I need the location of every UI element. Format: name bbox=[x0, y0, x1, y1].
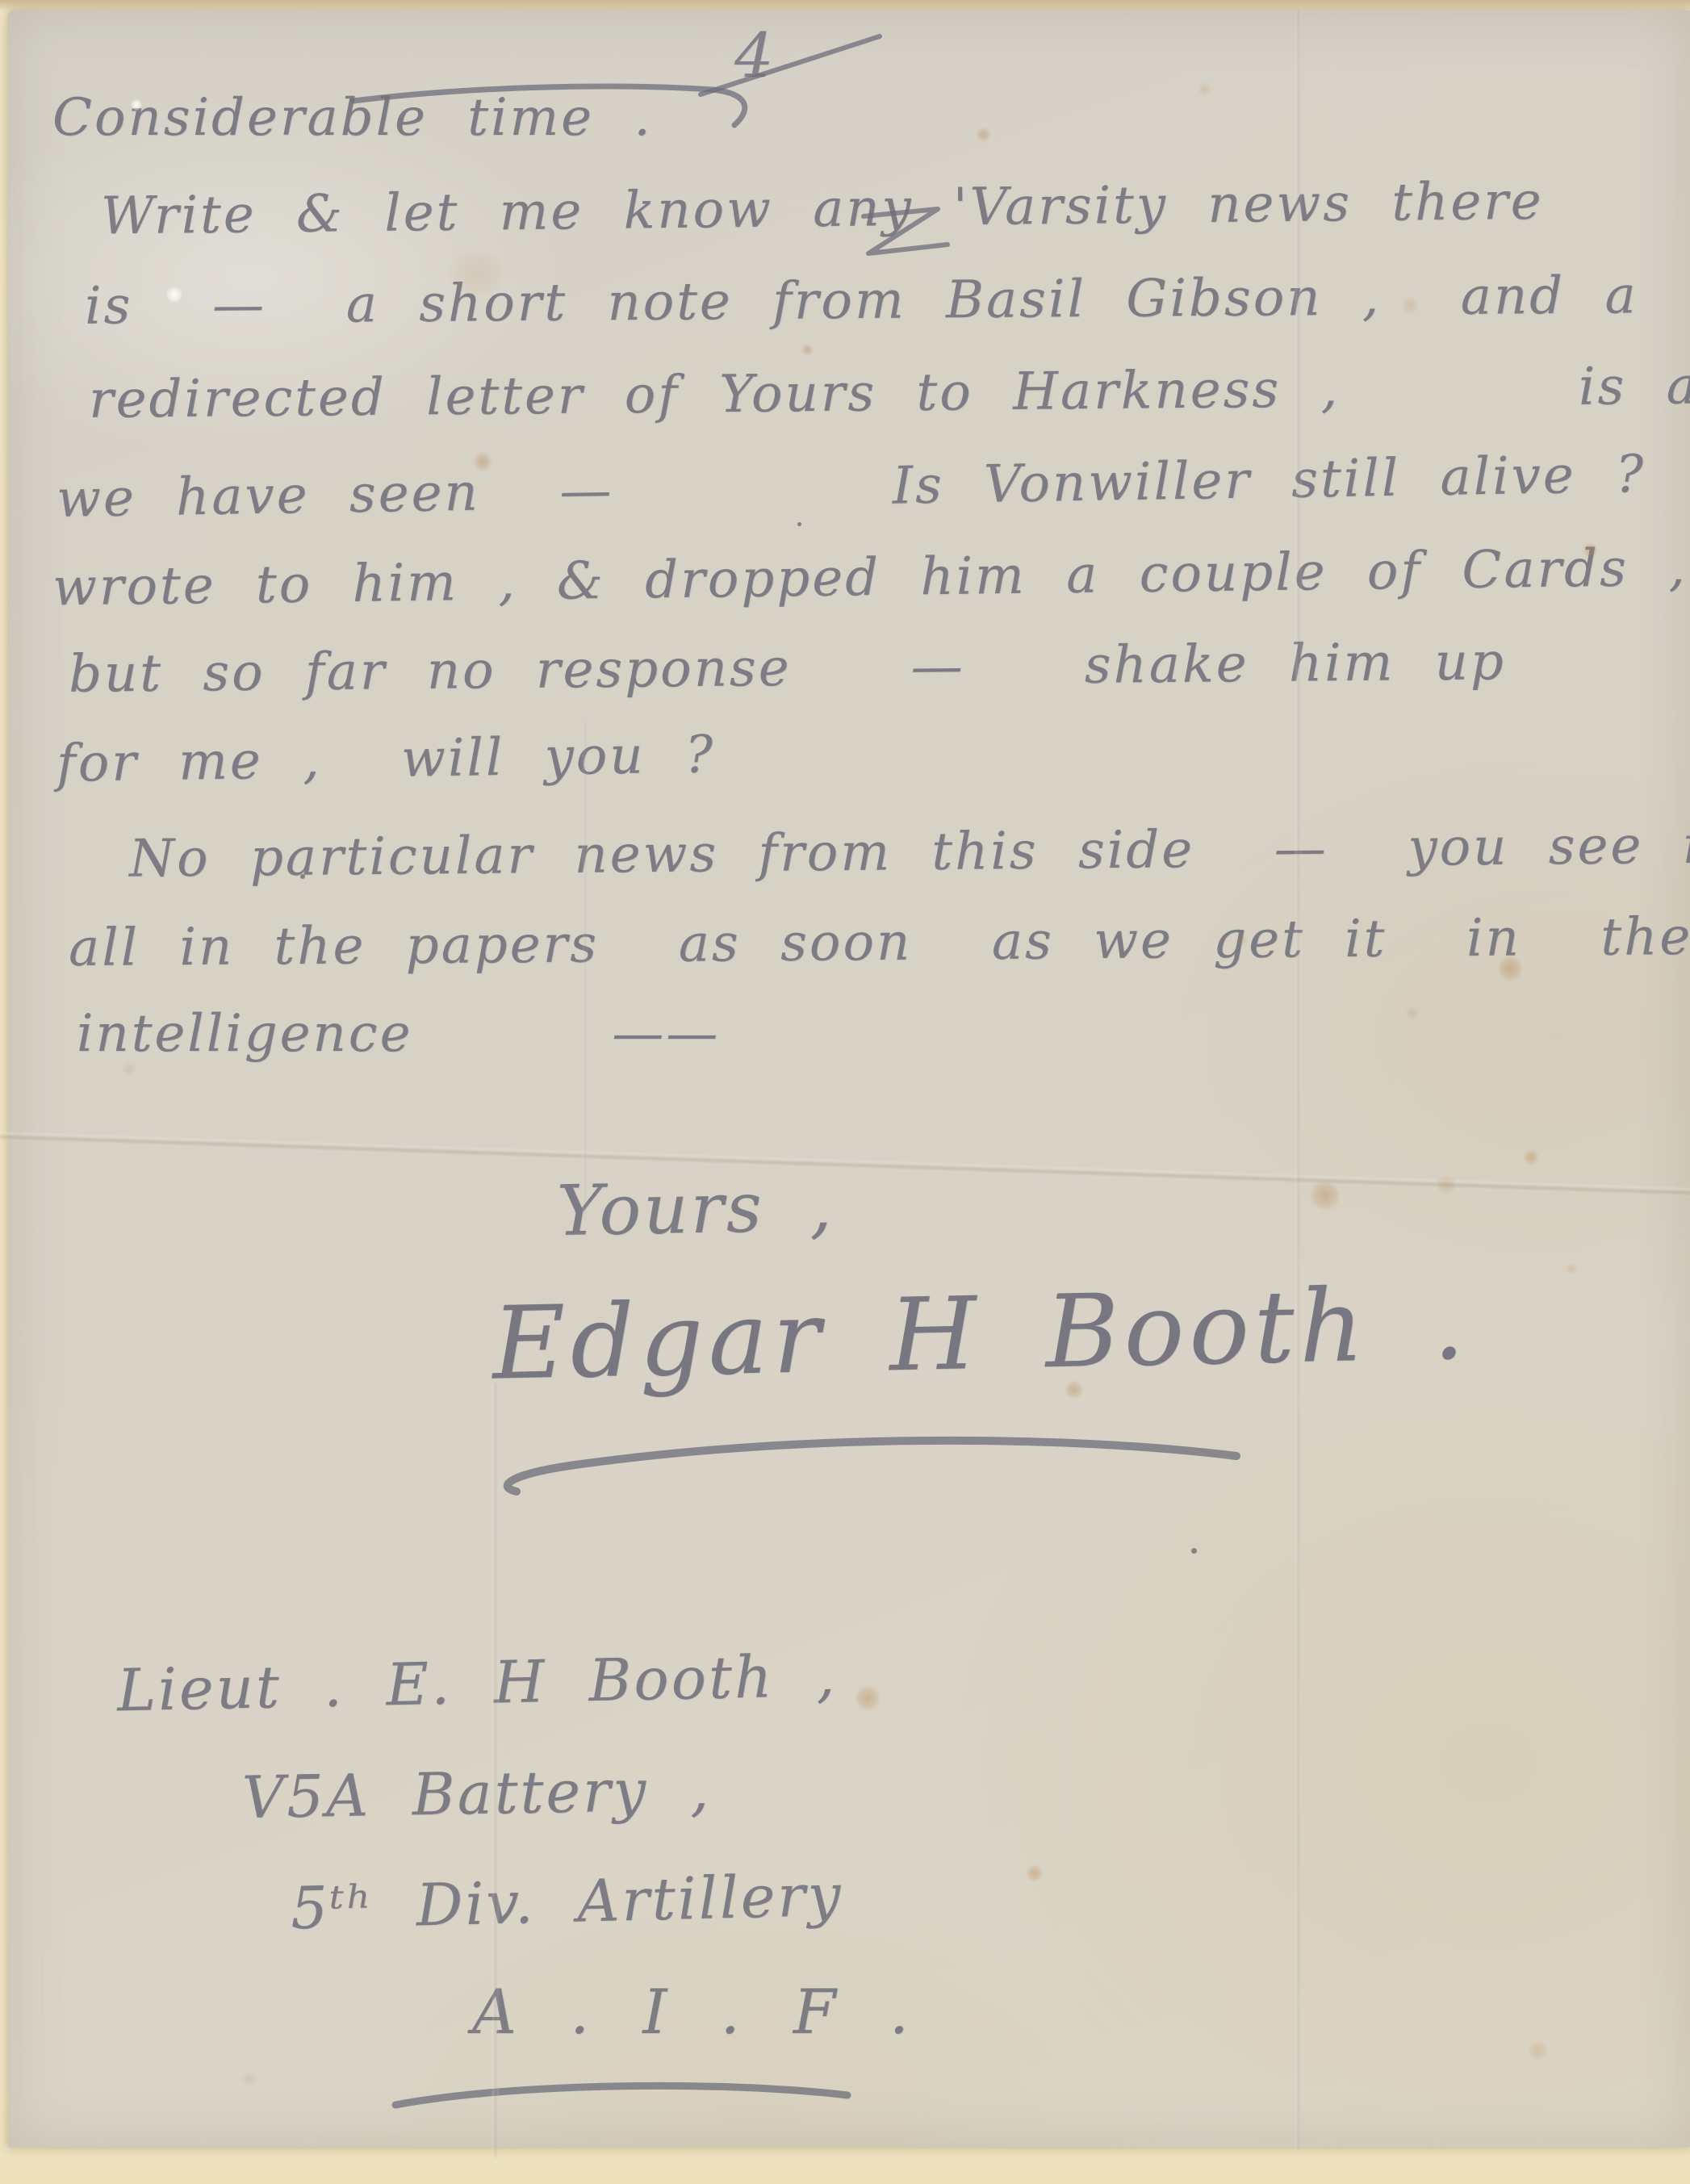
foxing-stain bbox=[977, 128, 990, 141]
ink-speck bbox=[797, 522, 801, 526]
ink-speck bbox=[300, 874, 305, 879]
foxing-stain bbox=[1027, 1865, 1043, 1881]
letter-line: Write & let me know any 'Varsity news th… bbox=[101, 175, 1544, 245]
letter-line: intelligence —— bbox=[77, 1007, 720, 1061]
letter-line: all in the papers as soon as we get it i… bbox=[69, 910, 1690, 976]
foxing-stain bbox=[444, 253, 508, 295]
address-line-division: 5ᵗʰ Div. Artillery bbox=[290, 1865, 843, 1939]
foxing-stain bbox=[1498, 956, 1522, 981]
address-line-battery: V5A Battery , bbox=[241, 1759, 711, 1829]
letter-line: redirected letter of Yours to Harkness ,… bbox=[89, 359, 1690, 428]
letter-paper: 4 Considerable time . Write & let me kno… bbox=[8, 10, 1690, 2147]
foxing-stain bbox=[855, 1686, 880, 1710]
foxing-stain bbox=[1065, 1381, 1083, 1399]
foxing-stain bbox=[1198, 83, 1211, 95]
signature: Edgar H Booth . bbox=[492, 1271, 1470, 1397]
foxing-stain bbox=[1311, 1181, 1340, 1210]
address-line-rank-name: Lieut . E. H Booth , bbox=[116, 1646, 837, 1722]
foxing-stain bbox=[1583, 543, 1597, 557]
any-emphasis-flourish bbox=[857, 207, 954, 267]
letter-line: No particular news from this side — you … bbox=[129, 818, 1690, 886]
letter-line: we have seen — Is Vonwiller still alive … bbox=[56, 446, 1690, 527]
foxing-stain bbox=[123, 1063, 136, 1076]
closing-salutation: Yours , bbox=[556, 1170, 835, 1248]
ink-speck bbox=[1191, 1548, 1197, 1554]
foxing-stain bbox=[1236, 934, 1248, 945]
address-line-aif: A . I . F . bbox=[472, 1980, 915, 2044]
signature-underline-flourish bbox=[484, 1427, 1259, 1504]
foxing-stain bbox=[474, 453, 492, 471]
letter-line: wrote to him , & dropped him a couple of… bbox=[52, 542, 1688, 616]
foxing-stain bbox=[802, 345, 813, 355]
foxing-stain bbox=[1566, 1263, 1577, 1274]
foxing-stain bbox=[1529, 2041, 1548, 2061]
foxing-stain bbox=[1524, 1150, 1538, 1165]
foxing-stain bbox=[1403, 298, 1418, 313]
fold-crease-vertical-right bbox=[1295, 10, 1302, 2149]
paper-gleam bbox=[166, 287, 182, 303]
letter-line: but so far no response — shake him up bbox=[69, 635, 1506, 702]
foxing-stain bbox=[1435, 1177, 1458, 1193]
letter-line: for me , will you ? bbox=[56, 728, 716, 792]
paper-gleam bbox=[131, 99, 142, 111]
photo-backdrop: { "colors": { "paper": "#d7d2c6", "backd… bbox=[0, 0, 1690, 2184]
foxing-stain bbox=[242, 2072, 257, 2086]
foxing-stain bbox=[1406, 1006, 1419, 1019]
aif-underline-flourish bbox=[387, 2073, 855, 2117]
letter-line: Considerable time . bbox=[52, 91, 653, 145]
